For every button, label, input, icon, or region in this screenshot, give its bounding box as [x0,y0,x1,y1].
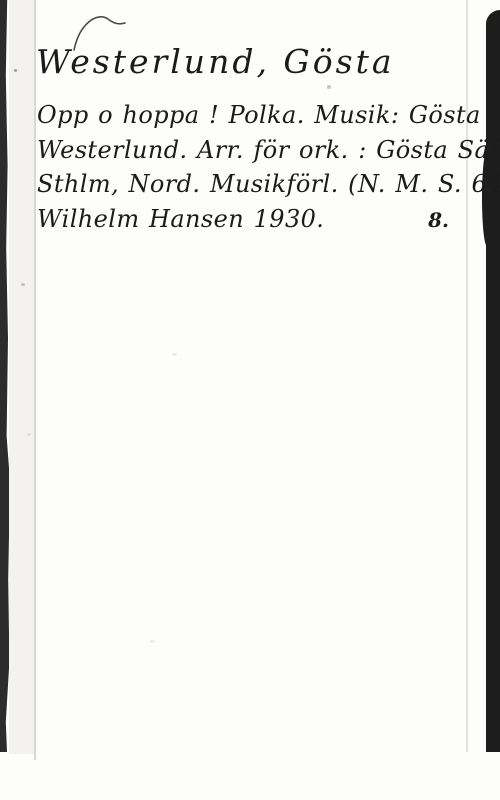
left-margin-rule [34,0,36,760]
scan-right-edge-bulge [482,150,492,246]
ink-speck [27,433,31,436]
ink-speck [21,283,25,286]
card-heading-composer: Westerlund, Gösta [36,42,395,81]
page-number: 8. [428,203,449,238]
ink-speck [150,640,155,643]
entry-line-4: Wilhelm Hansen 1930. [37,202,324,237]
scanned-catalog-card: Westerlund, Gösta Opp o hoppa ! Polka. M… [0,0,500,800]
entry-line-4-row: Wilhelm Hansen 1930. 8. [37,202,449,237]
scan-right-edge-strip [486,10,500,752]
catalog-entry: Opp o hoppa ! Polka. Musik: Gösta Wester… [37,98,457,236]
card-left-margin [9,0,34,754]
ink-speck [14,69,17,72]
ink-speck [327,85,331,89]
entry-line-3: Sthlm, Nord. Musikförl. (N. M. S. 649); … [37,167,457,202]
entry-line-1: Opp o hoppa ! Polka. Musik: Gösta [37,98,457,133]
entry-line-2: Westerlund. Arr. för ork. : Gösta Säfbom… [37,133,457,168]
ink-speck [172,353,177,356]
